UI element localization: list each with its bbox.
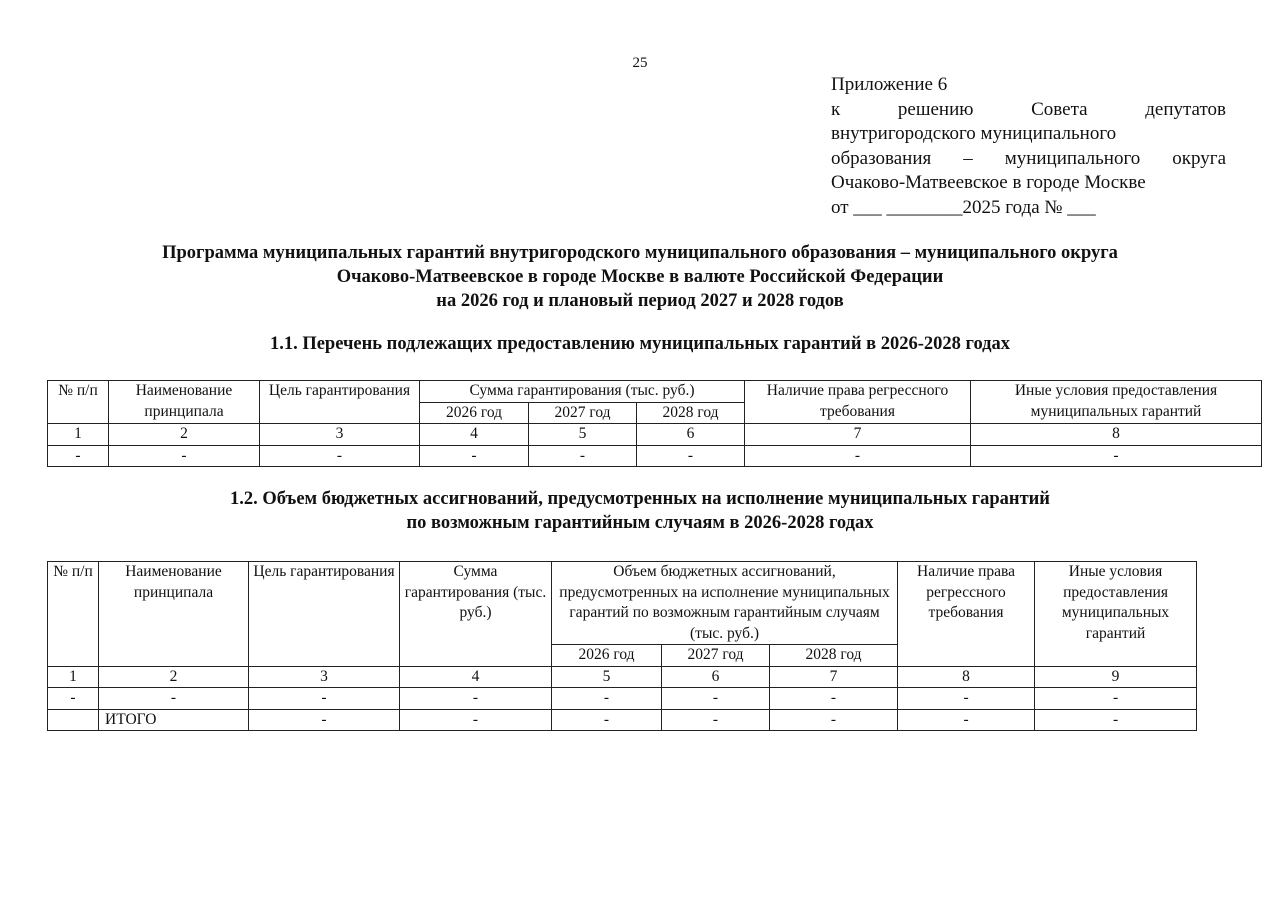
col-number: 9 — [1035, 666, 1197, 688]
header-sum-group: Сумма гарантирования (тыс. руб.) — [420, 381, 745, 403]
header-purpose: Цель гарантирования — [249, 562, 400, 667]
cell: - — [48, 445, 109, 467]
col-number: 2 — [109, 424, 260, 446]
cell: - — [1035, 709, 1197, 731]
cell: - — [745, 445, 971, 467]
col-number: 4 — [400, 666, 552, 688]
col-number: 4 — [420, 424, 529, 446]
header-year-2026: 2026 год — [552, 645, 662, 667]
budget-allocations-table: № п/п Наименование принципала Цель гаран… — [47, 561, 1197, 731]
cell: - — [400, 709, 552, 731]
col-number: 5 — [552, 666, 662, 688]
appendix-line: Очаково-Матвеевское в городе Москве — [831, 171, 1226, 196]
header-num: № п/п — [48, 562, 99, 667]
cell: - — [662, 688, 770, 710]
col-number: 8 — [971, 424, 1262, 446]
col-number: 6 — [637, 424, 745, 446]
appendix-line: внутригородского муниципального — [831, 122, 1226, 147]
cell: - — [260, 445, 420, 467]
page-number: 25 — [0, 55, 1280, 72]
cell: - — [552, 688, 662, 710]
cell: - — [109, 445, 260, 467]
header-other: Иные условия предоставления муниципальны… — [1035, 562, 1197, 667]
section-2-heading-line: 1.2. Объем бюджетных ассигнований, преду… — [0, 487, 1280, 511]
cell: - — [662, 709, 770, 731]
header-purpose: Цель гарантирования — [260, 381, 420, 424]
appendix-line: образования – муниципального округа — [831, 147, 1226, 172]
header-year-2026: 2026 год — [420, 402, 529, 424]
document-title: Программа муниципальных гарантий внутриг… — [0, 241, 1280, 313]
col-number: 2 — [99, 666, 249, 688]
col-number: 3 — [260, 424, 420, 446]
cell: - — [770, 688, 898, 710]
header-num: № п/п — [48, 381, 109, 424]
cell: - — [637, 445, 745, 467]
header-principal: Наименование принципала — [99, 562, 249, 667]
cell: - — [529, 445, 637, 467]
appendix-line: от ___ ________2025 года № ___ — [831, 196, 1226, 221]
table-row: - - - - - - - - — [48, 445, 1262, 467]
cell: - — [249, 709, 400, 731]
cell: - — [249, 688, 400, 710]
header-principal: Наименование принципала — [109, 381, 260, 424]
cell — [48, 709, 99, 731]
col-number: 7 — [745, 424, 971, 446]
table-row: - - - - - - - - - — [48, 688, 1197, 710]
section-2-heading: 1.2. Объем бюджетных ассигнований, преду… — [0, 487, 1280, 535]
col-number: 6 — [662, 666, 770, 688]
appendix-line: Приложение 6 — [831, 73, 1226, 98]
header-regress: Наличие права регрессного требования — [745, 381, 971, 424]
header-year-2027: 2027 год — [529, 402, 637, 424]
col-number: 7 — [770, 666, 898, 688]
header-volume-group: Объем бюджетных ассигнований, предусмотр… — [552, 562, 898, 645]
cell: - — [420, 445, 529, 467]
header-year-2028: 2028 год — [637, 402, 745, 424]
header-year-2027: 2027 год — [662, 645, 770, 667]
col-number: 3 — [249, 666, 400, 688]
header-sum: Сумма гарантирования (тыс. руб.) — [400, 562, 552, 667]
section-2-heading-line: по возможным гарантийным случаям в 2026-… — [0, 511, 1280, 535]
section-1-heading-text: 1.1. Перечень подлежащих предоставлению … — [0, 332, 1280, 356]
cell: - — [898, 688, 1035, 710]
cell: - — [552, 709, 662, 731]
header-year-2028: 2028 год — [770, 645, 898, 667]
title-line: Очаково-Матвеевское в городе Москве в ва… — [0, 265, 1280, 289]
cell: - — [898, 709, 1035, 731]
total-label: ИТОГО — [99, 709, 249, 731]
col-number: 1 — [48, 666, 99, 688]
total-row: ИТОГО - - - - - - - — [48, 709, 1197, 731]
section-1-heading: 1.1. Перечень подлежащих предоставлению … — [0, 332, 1280, 356]
title-line: Программа муниципальных гарантий внутриг… — [0, 241, 1280, 265]
cell: - — [99, 688, 249, 710]
header-other: Иные условия предоставления муниципальны… — [971, 381, 1262, 424]
col-number: 5 — [529, 424, 637, 446]
col-number: 8 — [898, 666, 1035, 688]
header-regress: Наличие права регрессного требования — [898, 562, 1035, 667]
title-line: на 2026 год и плановый период 2027 и 202… — [0, 289, 1280, 313]
numbering-row: 1 2 3 4 5 6 7 8 9 — [48, 666, 1197, 688]
cell: - — [48, 688, 99, 710]
col-number: 1 — [48, 424, 109, 446]
appendix-header: Приложение 6 к решению Совета депутатов … — [831, 73, 1226, 221]
cell: - — [770, 709, 898, 731]
guarantees-list-table: № п/п Наименование принципала Цель гаран… — [47, 380, 1262, 467]
cell: - — [1035, 688, 1197, 710]
numbering-row: 1 2 3 4 5 6 7 8 — [48, 424, 1262, 446]
appendix-line: к решению Совета депутатов — [831, 98, 1226, 123]
cell: - — [971, 445, 1262, 467]
cell: - — [400, 688, 552, 710]
